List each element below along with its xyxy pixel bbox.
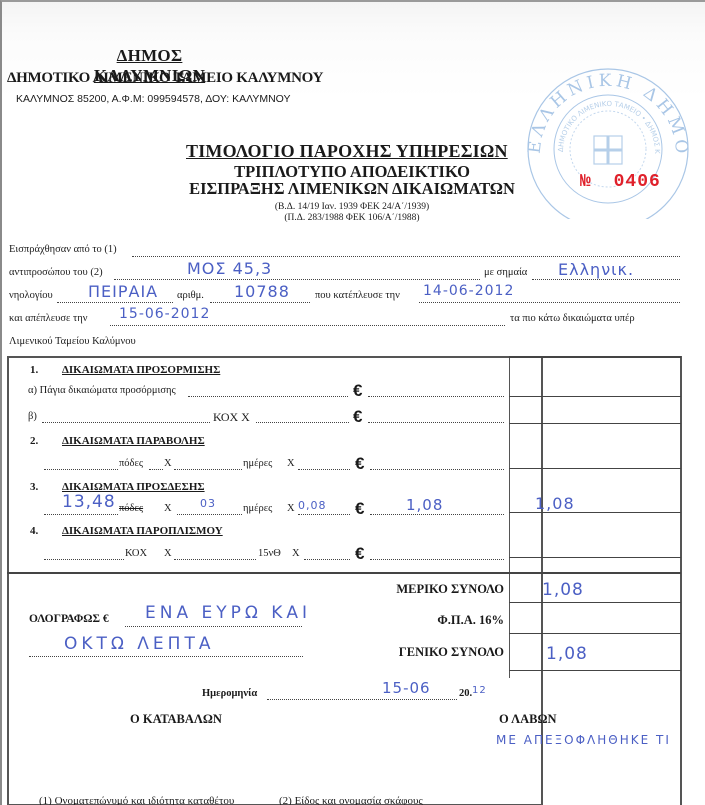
amount-column-top xyxy=(509,356,681,358)
berthing-days-field[interactable] xyxy=(174,469,242,470)
flag-label: με σημαία xyxy=(484,267,527,278)
subtotal-value: 1,08 xyxy=(542,580,584,600)
vat-label: Φ.Π.Α. 16% xyxy=(304,613,504,628)
section-layup-fees: 4.ΔΙΚΑΙΩΜΑΤΑ ΠΑΡΟΠΛΙΣΜΟΥ xyxy=(30,525,223,537)
amount-in-words-line-2: ΟΚΤΩ ΛΕΠΤΑ xyxy=(64,634,214,654)
section-label: ΔΙΚΑΙΩΜΑΤΑ ΠΡΟΣΟΡΜΙΣΗΣ xyxy=(62,364,220,376)
mooring-feet-field[interactable] xyxy=(44,514,118,515)
totals-row-divider xyxy=(509,633,681,634)
section-number: 4. xyxy=(30,525,62,537)
multiply-sign: Χ xyxy=(164,458,172,469)
representative-label: αντιπροσώπου του (2) xyxy=(9,267,103,278)
registry-field[interactable] xyxy=(57,302,173,303)
layup-amount[interactable] xyxy=(370,559,504,560)
arrived-field[interactable] xyxy=(419,302,680,303)
fifteen-days-label: 15νΘ xyxy=(258,548,281,559)
footnote-2: (2) Είδος και ονομασία σκάφους xyxy=(279,795,423,805)
mooring-total-value: 1,08 xyxy=(535,494,575,513)
legal-reference-2: (Π.Δ. 283/1988 ΦΕΚ 106/Α΄/1988) xyxy=(172,213,532,223)
euro-icon: € xyxy=(355,544,364,564)
totals-row-divider xyxy=(509,670,681,671)
mooring-amount-field[interactable] xyxy=(370,514,504,515)
feet-label: πόδες xyxy=(119,503,143,514)
berthing-rate-field[interactable] xyxy=(298,469,350,470)
multiply-sign: Χ xyxy=(292,548,300,559)
fees-box xyxy=(7,356,543,805)
number-field[interactable] xyxy=(210,302,310,303)
multiply-sign: Χ xyxy=(287,503,295,514)
fixed-fees-amount[interactable] xyxy=(368,396,504,397)
mooring-rate-value: 0,08 xyxy=(298,499,327,512)
receiver-label: Ο ΛΑΒΩΝ xyxy=(499,712,557,727)
berthing-amount[interactable] xyxy=(370,469,504,470)
section-label: ΔΙΚΑΙΩΜΑΤΑ ΠΑΡΑΒΟΛΗΣ xyxy=(62,435,205,447)
representative-field[interactable] xyxy=(114,279,480,280)
grand-total-value: 1,08 xyxy=(546,644,588,664)
layup-koh-field[interactable] xyxy=(44,559,124,560)
berthing-feet-field[interactable] xyxy=(44,469,118,470)
date-value: 15-06 xyxy=(382,679,431,697)
item-b-unit: ΚΟΧ Χ xyxy=(213,410,250,425)
legal-reference-1: (Β.Δ. 14/19 Ιαν. 1939 ΦΕΚ 24/Α΄/1939) xyxy=(172,202,532,212)
number-value: 10788 xyxy=(234,282,290,301)
multiply-sign: Χ xyxy=(164,548,172,559)
dots xyxy=(149,469,163,470)
mooring-days-field[interactable] xyxy=(177,514,242,515)
amount-row-divider xyxy=(509,557,681,558)
amount-in-words-line-1: ΕΝΑ ΕΥΡΩ ΚΑΙ xyxy=(145,603,311,623)
layup-period-field[interactable] xyxy=(174,559,256,560)
section-mooring-line-fees: 3.ΔΙΚΑΙΩΜΑΤΑ ΠΡΟΣΔΕΣΗΣ xyxy=(30,481,205,493)
item-b-field[interactable] xyxy=(42,422,210,423)
flag-field[interactable] xyxy=(532,279,680,280)
fees-suffix: τα πιο κάτω δικαιώματα υπέρ xyxy=(510,313,635,324)
multiply-sign: Χ xyxy=(287,458,295,469)
amount-column-divider xyxy=(509,356,510,678)
item-b-multiplier[interactable] xyxy=(256,422,349,423)
registry-label: νηολογίου xyxy=(9,290,53,301)
fees-section-divider xyxy=(7,572,681,574)
section-number: 1. xyxy=(30,364,62,376)
subtotal-label: ΜΕΡΙΚΟ ΣΥΝΟΛΟ xyxy=(304,582,504,597)
footnote-1: (1) Ονοματεπώνυμό και ιδιότητα καταθέτου xyxy=(39,795,234,805)
year-prefix: 20. xyxy=(459,688,472,699)
section-number: 2. xyxy=(30,435,62,447)
svg-text:ΕΛΛΗΝΙΚΗ ΔΗΜΟΚΡΑΤΙΑ: ΕΛΛΗΝΙΚΗ ΔΗΜΟΚΡΑΤΙΑ xyxy=(518,64,691,158)
arrived-value: 14-06-2012 xyxy=(423,283,514,299)
amount-in-words-field-2[interactable] xyxy=(29,656,303,657)
section-berthing-fees: 2.ΔΙΚΑΙΩΜΑΤΑ ΠΑΡΑΒΟΛΗΣ xyxy=(30,435,205,447)
registry-value: ΠΕΙΡΑΙΑ xyxy=(88,282,158,301)
koh-label: ΚΟΧ xyxy=(125,548,147,559)
item-b-label: β) xyxy=(28,411,37,422)
amount-row-divider xyxy=(509,468,681,469)
departed-value: 15-06-2012 xyxy=(119,306,210,322)
fixed-fees-field[interactable] xyxy=(188,396,348,397)
fund-line: Λιμενικού Ταμείου Καλύμνου xyxy=(9,336,136,347)
departed-field[interactable] xyxy=(110,325,505,326)
euro-icon: € xyxy=(355,499,364,519)
collected-from-label: Εισπράχθησαν από το (1) xyxy=(9,244,117,255)
totals-row-divider xyxy=(509,602,681,603)
euro-icon: € xyxy=(353,381,362,401)
arrived-label: που κατέπλευσε την xyxy=(315,290,400,301)
year-value: 12 xyxy=(472,685,487,696)
departed-label: και απέπλευσε την xyxy=(9,313,88,324)
amount-in-words-field-1[interactable] xyxy=(125,626,302,627)
amount-in-words-label: ΟΛΟΓΡΑΦΩΣ € xyxy=(29,613,109,625)
invoice-page: ΔΗΜΟΣ ΚΑΛΥΜΝΙΩΝ ΔΗΜΟΤΙΚΟ ΛΙΜΕΝΙΚΟ ΤΑΜΕΙΟ… xyxy=(0,0,705,805)
number-label: αριθμ. xyxy=(177,290,204,301)
amount-row-divider xyxy=(509,423,681,424)
serial-value: 0406 xyxy=(614,172,661,192)
amount-row-divider xyxy=(509,396,681,397)
payer-label: Ο ΚΑΤΑΒΑΛΩΝ xyxy=(130,712,222,727)
days-label: ημέρες xyxy=(243,458,272,469)
mooring-amount-value: 1,08 xyxy=(406,496,443,514)
section-label: ΔΙΚΑΙΩΜΑΤΑ ΠΑΡΟΠΛΙΣΜΟΥ xyxy=(62,525,223,537)
port-fund-name: ΔΗΜΟΤΙΚΟ ΛΙΜΕΝΙΚΟ ΤΑΜΕΙΟ ΚΑΛΥΜΝΟΥ xyxy=(7,70,323,87)
mooring-feet-value: 13,48 xyxy=(62,492,116,512)
euro-icon: € xyxy=(353,407,362,427)
layup-rate-field[interactable] xyxy=(304,559,350,560)
section-mooring-fees: 1.ΔΙΚΑΙΩΜΑΤΑ ΠΡΟΣΟΡΜΙΣΗΣ xyxy=(30,364,220,376)
collected-from-field[interactable] xyxy=(132,256,680,257)
grand-total-label: ΓΕΝΙΚΟ ΣΥΝΟΛΟ xyxy=(304,645,504,660)
feet-label: πόδες xyxy=(119,458,143,469)
serial-prefix: № xyxy=(580,172,592,192)
item-b-amount[interactable] xyxy=(368,422,504,423)
document-subtitle-2: ΕΙΣΠΡΑΞΗΣ ΛΙΜΕΝΙΚΩΝ ΔΙΚΑΙΩΜΑΤΩΝ xyxy=(172,179,532,199)
fund-address: ΚΑΛΥΜΝΟΣ 85200, Α.Φ.Μ: 099594578, ΔΟΥ: Κ… xyxy=(16,93,291,105)
multiply-sign: Χ xyxy=(164,503,172,514)
flag-value: Ελληνικ. xyxy=(558,260,634,279)
representative-value: ΜΟΣ 45,3 xyxy=(187,259,272,278)
receiver-signature: ΜΕ ΑΠΕΞΟΦΛΗΘΗΚΕ ΤΙ xyxy=(496,733,671,747)
mooring-rate-field[interactable] xyxy=(298,514,350,515)
section-number: 3. xyxy=(30,481,62,493)
document-title: ΤΙΜΟΛΟΓΙΟ ΠΑΡΟΧΗΣ ΥΠΗΡΕΣΙΩΝ xyxy=(186,141,508,162)
date-field[interactable] xyxy=(267,699,457,700)
date-label: Ημερομηνία xyxy=(202,688,257,699)
mooring-days-value: 03 xyxy=(200,497,216,510)
fixed-fees-label: α) Πάγια δικαιώματα προσόρμισης xyxy=(28,385,176,396)
official-seal-icon: ΕΛΛΗΝΙΚΗ ΔΗΜΟΚΡΑΤΙΑ ΔΗΜΟΤΙΚΟ ΛΙΜΕΝΙΚΟ ΤΑ… xyxy=(518,64,698,219)
days-label: ημέρες xyxy=(243,503,272,514)
serial-number: № 0406 xyxy=(580,172,661,192)
euro-icon: € xyxy=(355,454,364,474)
